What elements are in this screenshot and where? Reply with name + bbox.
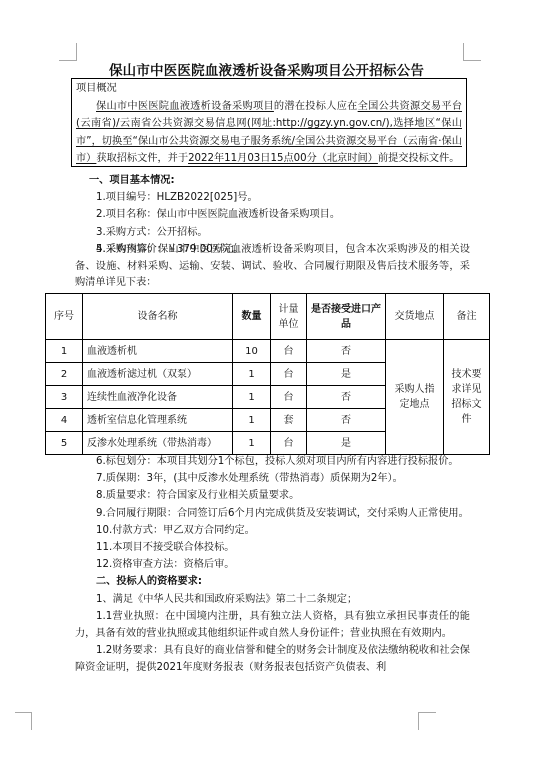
project-number: 1.项目编号：HLZB2022[025]号。	[75, 189, 467, 206]
procurement-list-table: 序号 设备名称 数量 计量单位 是否接受进口产品 交货地点 备注 1 血液透析机…	[45, 293, 490, 455]
project-name: 保山市中医医院血液透析设备采购项目	[96, 101, 274, 112]
procurement-content-text: 5.采购内容：保山市中医医院血液透析设备采购项目，包含本次采购涉及的相关设备、设…	[75, 242, 470, 292]
no-consortium: 11.本项目不接受联合体投标。	[75, 539, 470, 556]
warranty: 7.质保期：3年，(其中反渗水处理系统（带热消毒）质保期为2年）。	[75, 470, 470, 487]
contract-term: 9.合同履行期限：合同签订后6个月内完成供货及安装调试，交付采购人正常使用。	[75, 505, 470, 522]
quality-requirement: 8.质量要求：符合国家及行业相关质量要求。	[75, 487, 470, 504]
cell-name: 血液透析机	[83, 340, 233, 363]
overview-text: 获取招标文件，并于	[96, 153, 188, 164]
table-row: 1 血液透析机 10 台 否 采购人指定地点 技术要求详见招标文件	[46, 340, 490, 363]
project-name-item: 2.项目名称：保山市中医医院血液透析设备采购项目。	[75, 206, 467, 223]
overview-heading: 项目概况	[76, 80, 462, 98]
deadline: 2022年11月03日15点00分（北京时间）	[188, 153, 378, 164]
col-header-qty: 数量	[233, 294, 271, 340]
cell-unit: 台	[271, 363, 307, 386]
overview-paragraph: 保山市中医医院血液透析设备采购项目的潜在投标人应在全国公共资源交易平台(云南省)…	[76, 98, 462, 168]
overview-text: 的潜在投标人应在	[274, 101, 358, 112]
cell-qty: 1	[233, 409, 271, 432]
payment-method: 10.付款方式：甲乙双方合同约定。	[75, 522, 470, 539]
cell-no: 1	[46, 340, 83, 363]
cell-import: 否	[307, 386, 386, 409]
page-corner-mark-bottom-right	[418, 712, 436, 730]
cell-name: 反渗水处理系统（带热消毒）	[83, 432, 233, 455]
cell-qty: 10	[233, 340, 271, 363]
procurement-method: 3.采购方式：公开招标。	[75, 224, 467, 241]
cell-unit: 台	[271, 340, 307, 363]
cell-no: 3	[46, 386, 83, 409]
col-header-unit: 计量单位	[271, 294, 307, 340]
requirement-business-license: 1.1营业执照：在中国境内注册，具有独立法人资格，具有独立承担民事责任的能力，具…	[75, 608, 470, 642]
cell-import: 否	[307, 409, 386, 432]
cell-unit: 台	[271, 432, 307, 455]
cell-import: 是	[307, 363, 386, 386]
cell-qty: 1	[233, 432, 271, 455]
cell-import: 否	[307, 340, 386, 363]
cell-unit: 套	[271, 409, 307, 432]
col-header-remark: 备注	[444, 294, 490, 340]
col-header-name: 设备名称	[83, 294, 233, 340]
col-header-no: 序号	[46, 294, 83, 340]
cell-no: 2	[46, 363, 83, 386]
cell-no: 5	[46, 432, 83, 455]
cell-name: 连续性血液净化设备	[83, 386, 233, 409]
document-title: 保山市中医医院血液透析设备采购项目公开招标公告	[0, 59, 533, 79]
lot-division: 6.标包划分：本项目共划分1个标包，投标人须对项目内所有内容进行投标报价。	[75, 453, 470, 470]
section1-heading: 一、项目基本情况:	[75, 172, 467, 189]
col-header-delivery: 交货地点	[386, 294, 444, 340]
table-header-row: 序号 设备名称 数量 计量单位 是否接受进口产品 交货地点 备注	[46, 294, 490, 340]
cell-name: 血液透析滤过机（双泵）	[83, 363, 233, 386]
cell-name: 透析室信息化管理系统	[83, 409, 233, 432]
cell-unit: 台	[271, 386, 307, 409]
col-header-import: 是否接受进口产品	[307, 294, 386, 340]
section1-continued: 6.标包划分：本项目共划分1个标包，投标人须对项目内所有内容进行投标报价。 7.…	[75, 453, 470, 677]
project-overview-box: 项目概况 保山市中医医院血液透析设备采购项目的潜在投标人应在全国公共资源交易平台…	[71, 78, 467, 167]
page-corner-mark-bottom-left	[15, 712, 32, 730]
cell-import: 是	[307, 432, 386, 455]
cell-qty: 1	[233, 363, 271, 386]
cell-no: 4	[46, 409, 83, 432]
section2-heading: 二、投标人的资格要求:	[75, 573, 470, 590]
overview-text: 前提交投标文件。	[378, 153, 460, 164]
qualification-review: 12.资格审查方法：资格后审。	[75, 556, 470, 573]
platform-url-link[interactable]: http://ggzy.yn.gov.cn/	[276, 118, 386, 129]
requirement-law: 1、满足《中华人民共和国政府采购法》第二十二条规定；	[75, 591, 470, 608]
cell-remark: 技术要求详见招标文件	[444, 340, 490, 455]
cell-qty: 1	[233, 386, 271, 409]
cell-delivery: 采购人指定地点	[386, 340, 444, 455]
requirement-financial: 1.2财务要求：具有良好的商业信誉和健全的财务会计制度及依法缴纳税收和社会保障资…	[75, 642, 470, 676]
procurement-content: 5.采购内容：保山市中医医院血液透析设备采购项目，包含本次采购涉及的相关设备、设…	[75, 242, 470, 292]
